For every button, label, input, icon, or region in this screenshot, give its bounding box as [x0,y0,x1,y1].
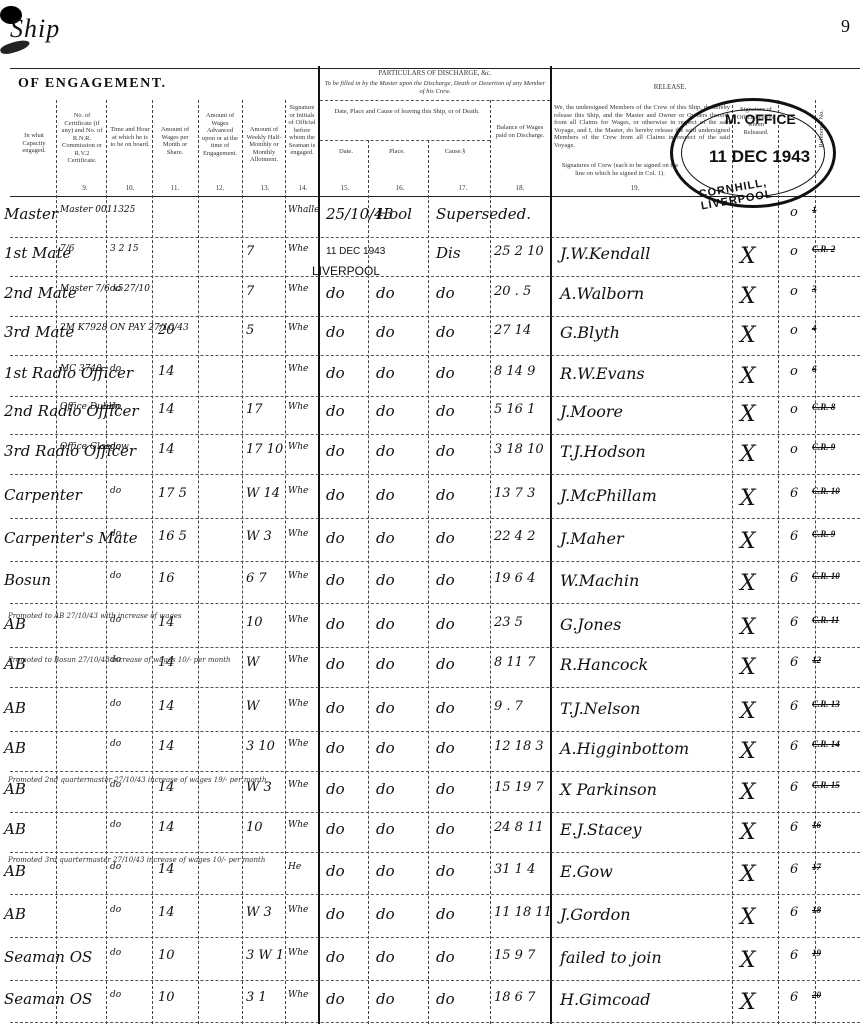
cell-discharge-date: do [326,364,345,382]
header-discharge-title: PARTICULARS OF DISCHARGE, &c. [322,70,548,78]
cell-time-on-board: do [110,739,121,749]
cell-crew-signature: G.Jones [560,615,621,634]
cell-crew-signature: R.Hancock [560,655,648,674]
cell-certificate: 7/6 [60,244,74,254]
cell-witness-mark: X [740,990,756,1015]
cell-time-on-board: do 27/10 [110,284,150,294]
cell-discharge-cause: do [436,990,455,1008]
cell-reference-number: C.R. 13 [812,699,840,709]
cell-allotment: W [246,699,259,714]
cell-allotment: 17 [246,402,263,417]
cell-crew-signature: E.Gow [560,862,613,881]
annotation: Promoted to AB 27/10/43 with increase of… [8,612,182,620]
cell-certificate: 2M K7928 [60,323,107,333]
cell-discharge-place: do [376,284,395,302]
cell-time-on-board: do [110,820,121,830]
cell-allotment: 5 [246,323,254,338]
cell-official-initials: Whe [288,284,308,294]
cell-wages: 14 [158,862,175,877]
row-divider [10,812,860,813]
cell-balance: 15 19 7 [494,780,544,795]
cell-discharge-cause: do [436,284,455,302]
cell-discharge-place: do [376,948,395,966]
column-number: 9. [70,184,100,192]
header-release-signatures: Signatures of Crew (each to be signed on… [560,162,680,177]
header-date: Date. [326,148,366,156]
cell-discharge-date: do [326,615,345,633]
row-divider [10,518,860,519]
column-number: 10. [115,184,145,192]
cell-discharge-place: do [376,739,395,757]
cell-crew-signature: A.Walborn [560,284,644,303]
column-number: 11. [160,184,190,192]
cell-witness-mark: X [740,699,756,724]
cell-balance: 15 9 7 [494,948,535,963]
cell-discharge-date: do [326,739,345,757]
row-divider [10,355,860,356]
cell-witness-mark: X [740,284,756,309]
page-number: 9 [841,16,850,37]
discharge-stamp-date: 11 DEC 1943 [326,246,385,257]
cell-discharge-place: do [376,364,395,382]
cell-crew-signature: W.Machin [560,571,639,590]
cell-time-on-board: do [110,571,121,581]
cell-witness-mark: X [740,323,756,348]
cell-discharge-date: do [326,529,345,547]
cell-reference-mark: o [790,323,798,338]
cell-balance: 9 . 7 [494,699,523,714]
cell-discharge-cause: do [436,364,455,382]
row-divider [10,1022,860,1023]
cell-witness-mark: X [740,529,756,554]
cell-wages: 14 [158,442,175,457]
cell-discharge-place: do [376,323,395,341]
header-leaving: Date, Place and Cause of leaving this Sh… [322,108,492,116]
cell-reference-number: 12 [812,655,821,665]
cell-balance: 31 1 4 [494,862,535,877]
cell-discharge-place: do [376,402,395,420]
cell-reference-mark: 6 [790,990,798,1005]
cell-allotment: 17 10 [246,442,283,457]
stamp-office-text: M. OFFICE [725,111,796,127]
cell-reference-number: 17 [812,862,821,872]
cell-discharge-place: Hool [376,205,412,223]
cell-balance: 18 6 7 [494,990,535,1005]
cell-capacity: AB [4,905,26,923]
row-divider [10,396,860,397]
cell-allotment: 6 7 [246,571,267,586]
header-capacity: In what Capacity engaged. [14,132,54,155]
cell-reference-mark: 6 [790,820,798,835]
cell-reference-number: C.R. 2 [812,244,835,254]
column-number: 15. [330,184,360,192]
row-divider [10,316,860,317]
cell-official-initials: Whe [288,571,308,581]
cell-allotment: W 14 [246,486,280,501]
cell-wages: 10 [158,990,175,1005]
column-number: 17. [448,184,478,192]
cell-discharge-place: do [376,990,395,1008]
cell-reference-mark: o [790,244,798,259]
cell-balance: 22 4 2 [494,529,535,544]
cell-wages: 17 5 [158,486,187,501]
cell-time-on-board: do [110,905,121,915]
cell-allotment: W 3 [246,905,272,920]
stamp-date: 11 DEC 1943 [709,147,810,167]
cell-reference-number: C.R. 9 [812,529,835,539]
cell-discharge-cause: do [436,655,455,673]
cell-time-on-board: do [110,699,121,709]
cell-discharge-date: do [326,699,345,717]
column-number: 19. [620,184,650,192]
cell-discharge-date: do [326,862,345,880]
cell-crew-signature: failed to join [560,948,662,967]
cell-reference-mark: o [790,284,798,299]
cell-reference-mark: 6 [790,486,798,501]
cell-discharge-cause: do [436,820,455,838]
cell-capacity: AB [4,739,26,757]
cell-allotment: 7 [246,244,254,259]
cell-discharge-date: do [326,284,345,302]
cell-official-initials: Whe [288,655,308,665]
cell-crew-signature: E.J.Stacey [560,820,641,839]
row-divider [10,434,860,435]
cell-reference-number: 19 [812,948,821,958]
cell-reference-number: 1 [812,205,817,215]
cell-balance: 8 11 7 [494,655,535,670]
cell-reference-number: 18 [812,905,821,915]
column-number: 12. [205,184,235,192]
header-cause: Cause.§ [430,148,480,156]
cell-allotment: W [246,655,259,670]
cell-wages: 16 5 [158,529,187,544]
cell-witness-mark: X [740,402,756,427]
row-divider [10,276,860,277]
cell-discharge-place: do [376,820,395,838]
cell-discharge-date: do [326,905,345,923]
cell-discharge-cause: do [436,905,455,923]
cell-official-initials: Whe [288,244,308,254]
cell-allotment: 3 1 [246,990,267,1005]
cell-witness-mark: X [740,364,756,389]
cell-balance: 27 14 [494,323,531,338]
cell-allotment: 3 W 1 [246,948,284,963]
cell-reference-number: 4 [812,323,817,333]
cell-wages: 20 [158,323,175,338]
cell-discharge-place: do [376,529,395,547]
cell-reference-number: C.R. 8 [812,402,835,412]
cell-allotment: 3 10 [246,739,275,754]
cell-reference-number: C.R. 10 [812,571,840,581]
cell-reference-mark: 6 [790,862,798,877]
cell-discharge-place: do [376,780,395,798]
office-stamp: M. OFFICE 11 DEC 1943 CORNHILL, LIVERPOO… [670,98,836,208]
cell-reference-mark: 6 [790,615,798,630]
cell-capacity: Seaman OS [4,990,92,1008]
cell-crew-signature: J.W.Kendall [560,244,650,263]
cell-discharge-cause: do [436,699,455,717]
cell-discharge-place: do [376,699,395,717]
cell-certificate: MC 3740 [60,364,102,374]
cell-discharge-place: do [376,655,395,673]
cell-witness-mark: X [740,615,756,640]
document-title: Ship [10,14,60,44]
header-discharge-subtitle: To be filled in by the Master upon the D… [322,80,548,95]
cell-official-initials: Whe [288,780,308,790]
row-divider [10,687,860,688]
cell-discharge-cause: do [436,442,455,460]
cell-wages: 14 [158,364,175,379]
cell-official-initials: Whe [288,529,308,539]
cell-official-initials: Whe [288,905,308,915]
cell-witness-mark: X [740,905,756,930]
cell-time-on-board: do [110,990,121,1000]
row-divider [10,771,860,772]
cell-capacity: AB [4,862,26,880]
cell-official-initials: Whe [288,699,308,709]
cell-discharge-cause: do [436,948,455,966]
row-divider [10,647,860,648]
cell-reference-number: C.R. 14 [812,739,840,749]
cell-wages: 14 [158,820,175,835]
cell-official-initials: Whe [288,364,308,374]
cell-time-on-board: do [110,442,121,452]
cell-crew-signature: R.W.Evans [560,364,645,383]
cell-wages: 10 [158,948,175,963]
cell-allotment: 7 [246,284,254,299]
header-certificate: No. of Certificate (if any) and No. of R… [60,112,104,165]
cell-reference-number: C.R. 10 [812,486,840,496]
cell-discharge-cause: do [436,571,455,589]
annotation: Promoted 3rd quartermaster 27/10/43 incr… [8,856,265,864]
cell-official-initials: Whalle [288,205,320,215]
cell-crew-signature: X Parkinson [560,780,657,799]
cell-crew-signature: J.Moore [560,402,623,421]
cell-balance: 20 . 5 [494,284,531,299]
cell-discharge-cause: do [436,529,455,547]
cell-time-on-board: 3 2 15 [110,244,139,254]
cell-reference-mark: 6 [790,529,798,544]
cell-official-initials: Whe [288,948,308,958]
cell-reference-mark: 6 [790,571,798,586]
cell-time-on-board: ON PAY 27/10/43 [110,323,189,333]
cell-discharge-date: do [326,655,345,673]
cell-wages: 14 [158,905,175,920]
cell-allotment: 10 [246,615,263,630]
column-number: 14. [288,184,318,192]
annotation: Promoted to Bosun 27/10/48 increase of w… [8,656,231,664]
cell-reference-mark: 6 [790,948,798,963]
cell-witness-mark: X [740,571,756,596]
cell-discharge-date: do [326,990,345,1008]
cell-witness-mark: X [740,739,756,764]
cell-crew-signature: J.McPhillam [560,486,657,505]
cell-witness-mark: X [740,655,756,680]
cell-reference-number: 3 [812,284,817,294]
cell-witness-mark: X [740,780,756,805]
cell-allotment: W 3 [246,529,272,544]
column-number: 18. [505,184,535,192]
cell-official-initials: Whe [288,442,308,452]
cell-reference-mark: 6 [790,699,798,714]
row-divider [10,731,860,732]
cell-discharge-place: do [376,615,395,633]
header-release-title: RELEASE. [640,84,700,92]
cell-discharge-cause: do [436,862,455,880]
cell-official-initials: Whe [288,402,308,412]
cell-balance: 23 5 [494,615,523,630]
cell-balance: 12 18 3 [494,739,544,754]
annotation: Promoted 2nd quartermaster 27/10/43 incr… [8,776,267,784]
cell-time-on-board: do [110,402,121,412]
row-divider [10,852,860,853]
cell-discharge-place: do [376,486,395,504]
cell-official-initials: Whe [288,486,308,496]
cell-wages: 14 [158,699,175,714]
cell-crew-signature: H.Gimcoad [560,990,650,1009]
cell-crew-signature: J.Gordon [560,905,631,924]
row-divider [10,603,860,604]
cell-discharge-place: do [376,571,395,589]
cell-reference-number: C.R. 9 [812,442,835,452]
section-title: OF ENGAGEMENT. [18,76,167,92]
cell-reference-number: C.R. 15 [812,780,840,790]
cell-balance: 25 2 10 [494,244,544,259]
cell-time-on-board: do [110,948,121,958]
cell-balance: 3 18 10 [494,442,544,457]
cell-reference-number: 16 [812,820,821,830]
cell-official-initials: Whe [288,990,308,1000]
cell-official-initials: Whe [288,739,308,749]
row-divider [10,561,860,562]
cell-discharge-date: do [326,780,345,798]
header-time-on-board: Time and Hour at which he is to be on bo… [110,126,150,149]
cell-capacity: Carpenter [4,486,82,504]
cell-capacity: AB [4,699,26,717]
cell-discharge-cause: do [436,739,455,757]
cell-wages: 14 [158,739,175,754]
cell-crew-signature: A.Higginbottom [560,739,689,758]
cell-discharge-date: do [326,323,345,341]
cell-reference-mark: o [790,442,798,457]
cell-reference-number: 20 [812,990,821,1000]
cell-discharge-date: do [326,402,345,420]
cell-discharge-date: do [326,948,345,966]
cell-discharge-cause: do [436,615,455,633]
cell-time-on-board: do [110,529,121,539]
cell-certificate: Master 0011325 [60,205,135,215]
cell-capacity: Master [4,205,58,223]
row-divider [10,980,860,981]
cell-crew-signature: T.J.Hodson [560,442,646,461]
cell-official-initials: Whe [288,820,308,830]
cell-official-initials: Whe [288,323,308,333]
cell-capacity: Bosun [4,571,51,589]
cell-allotment: 10 [246,820,263,835]
cell-discharge-date: do [326,571,345,589]
cell-discharge-place: do [376,862,395,880]
cell-reference-number: 6 [812,364,817,374]
cell-witness-mark: X [740,948,756,973]
cell-reference-mark: 6 [790,739,798,754]
row-divider [10,237,860,238]
cell-balance: 13 7 3 [494,486,535,501]
header-wages: Amount of Wages per Month or Share. [154,126,196,156]
cell-balance: 5 16 1 [494,402,535,417]
cell-reference-mark: o [790,364,798,379]
cell-official-initials: He [288,862,301,872]
header-balance: Balance of Wages paid on Discharge. [494,124,546,139]
column-number: 16. [385,184,415,192]
cell-discharge-date: do [326,442,345,460]
cell-capacity: Seaman OS [4,948,92,966]
cell-discharge-cause: do [436,780,455,798]
cell-time-on-board: do [110,486,121,496]
cell-witness-mark: X [740,486,756,511]
column-number: 13. [250,184,280,192]
cell-reference-number: C.R. 11 [812,615,839,625]
cell-wages: 16 [158,571,175,586]
cell-discharge-cause: do [436,486,455,504]
row-divider [10,894,860,895]
cell-balance: 11 18 11 [494,905,552,920]
cell-balance: 8 14 9 [494,364,535,379]
cell-crew-signature: G.Blyth [560,323,620,342]
cell-discharge-cause: Superseded. [436,205,531,223]
cell-discharge-cause: do [436,402,455,420]
cell-discharge-place: do [376,905,395,923]
cell-discharge-place: do [376,442,395,460]
cell-reference-mark: 6 [790,905,798,920]
header-allotment: Amount of Weekly Half-Monthly or Monthly… [244,126,284,164]
cell-reference-mark: o [790,402,798,417]
cell-discharge-date: do [326,820,345,838]
cell-reference-mark: 6 [790,780,798,795]
cell-reference-mark: o [790,205,798,220]
cell-discharge-cause: Dis [436,244,461,262]
cell-discharge-date: do [326,486,345,504]
header-advance: Amount of Wages Advanced upon or at the … [200,112,240,157]
header-place: Place. [372,148,422,156]
cell-witness-mark: X [740,244,756,269]
cell-reference-mark: 6 [790,655,798,670]
cell-discharge-cause: do [436,323,455,341]
cell-balance: 24 8 11 [494,820,544,835]
cell-witness-mark: X [740,820,756,845]
cell-witness-mark: X [740,862,756,887]
row-divider [10,474,860,475]
cell-crew-signature: T.J.Nelson [560,699,640,718]
row-divider [10,937,860,938]
cell-balance: 19 6 4 [494,571,535,586]
cell-official-initials: Whe [288,615,308,625]
cell-crew-signature: J.Maher [560,529,624,548]
cell-wages: 14 [158,402,175,417]
cell-witness-mark: X [740,442,756,467]
cell-capacity: AB [4,820,26,838]
cell-time-on-board: do [110,364,121,374]
header-official-signature: Signature or Initials of Official before… [287,104,317,157]
